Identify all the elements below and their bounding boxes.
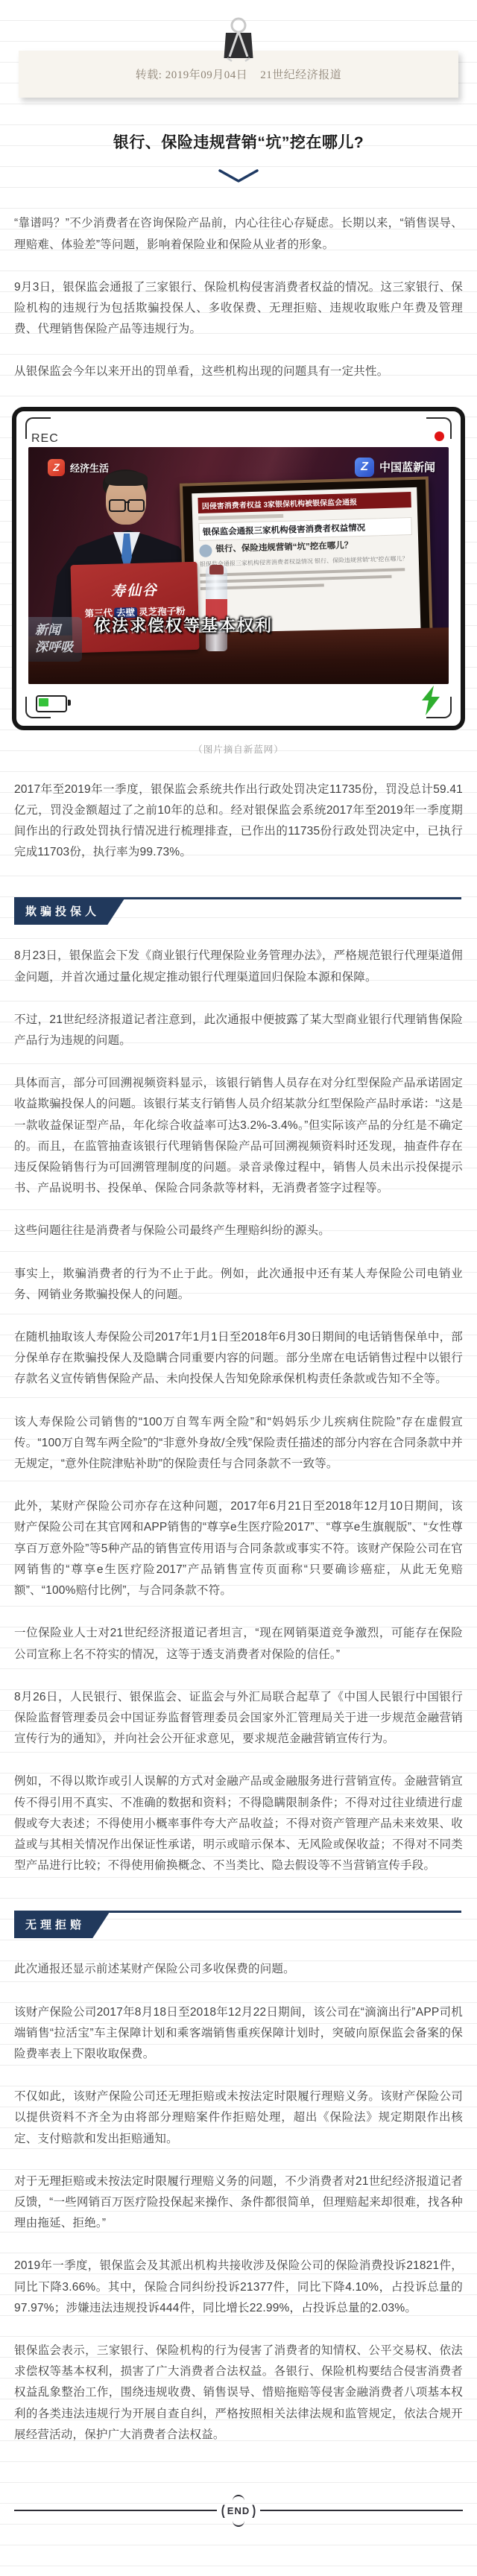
paragraph: 从银保监会今年以来开出的罚单看，这些机构出现的问题具有一定共性。 — [14, 361, 463, 382]
channel-name-right: 中国蓝新闻 — [379, 459, 435, 475]
paragraph: 8月23日，银保监会下发《商业银行代理保险业务管理办法》，严格规范银行代理渠道佣… — [14, 946, 463, 987]
paragraph: 银保监会表示，三家银行、保险机构的行为侵害了消费者的知情权、公平交易权、依法求偿… — [14, 2341, 463, 2446]
section-header: 欺骗投保人 — [14, 897, 463, 924]
binder-clip-icon — [217, 16, 260, 68]
chevron-down-icon — [218, 168, 259, 189]
paragraph: “靠谱吗？”不少消费者在咨询保险产品前，内心往往心存疑虑。长期以来，“销售误导、… — [14, 213, 463, 255]
paragraph: 事实上，欺骗消费者的行为不止于此。例如，此次通报中还有某人寿保险公司电销业务、网… — [14, 1264, 463, 1306]
end-marker: ( END ) — [14, 2495, 463, 2527]
paragraph: 一位保险业人士对21世纪经济报道记者坦言，“现在网销渠道竞争激烈，可能存在保险公… — [14, 1623, 463, 1665]
paragraph: 不仅如此，该财产保险公司还无理拒赔或未按法定时限履行理赔义务。该财产保险公司以提… — [14, 2086, 463, 2150]
header: 转载: 2019年09月04日 21世纪经济报道 — [0, 0, 477, 98]
panel-headline-main: 银行、保险违规营销“坑”挖在哪儿？ — [215, 540, 353, 555]
sponsor-brand: 寿仙谷 — [111, 578, 159, 600]
lightning-bolt-icon — [420, 686, 441, 719]
article-page: 转载: 2019年09月04日 21世纪经济报道 银行、保险违规营销“坑”挖在哪… — [0, 0, 477, 2576]
figure-caption: （图片摘自新蓝网） — [12, 742, 465, 756]
channel-logo-left: Z 经济生活 — [48, 459, 109, 476]
rec-label: REC — [31, 432, 59, 446]
paragraph: 不过，21世纪经济报道记者注意到，此次通报中便披露了某大型商业银行代理销售保险产… — [14, 1010, 463, 1051]
end-rule-left — [14, 2510, 217, 2511]
panel-headline-mid: 银保监会通报三家机构侵害消费者权益情况 — [198, 517, 412, 541]
section-badge: 无理拒赔 — [14, 1911, 110, 1938]
battery-icon — [36, 695, 67, 712]
end-rule-right — [260, 2510, 463, 2511]
water-bottle — [206, 565, 227, 651]
end-arc-icon — [233, 2495, 244, 2501]
tv-screenshot: Z 经济生活 Z 中国蓝新闻 — [28, 447, 449, 684]
channel-logo-left-icon: Z — [48, 459, 65, 476]
paragraph: 8月26日，人民银行、银保监会、证监会与外汇局联合起草了《中国人民银行中国银行保… — [14, 1687, 463, 1750]
camera-frame-bottom — [28, 684, 449, 720]
paragraph: 例如，不得以欺诈或引人误解的方式对金融产品或金融服务进行营销宣传。金融营销宣传不… — [14, 1771, 463, 1876]
panel-text-bar — [200, 575, 392, 583]
program-label: 新闻 深呼吸 — [28, 617, 82, 661]
section-header: 无理拒赔 — [14, 1911, 463, 1937]
panel-headline-top: 因侵害消费者权益 3家银保机构被银保监会通报 — [198, 492, 411, 513]
glasses-icon — [109, 499, 145, 510]
article-body: “靠谱吗？”不少消费者在咨询保险产品前，内心往往心存疑虑。长期以来，“销售误导、… — [0, 189, 477, 2576]
source-line: 转载: 2019年09月04日 21世纪经济报道 — [136, 69, 341, 81]
paragraph: 2019年一季度，银保监会及其派出机构共接收涉及保险公司的保险消费投诉21821… — [14, 2256, 463, 2319]
panel-meta-bar — [198, 513, 283, 519]
news-video-figure: REC Z 经济生活 Z 中国蓝新闻 — [12, 407, 465, 756]
paragraph: 此次通报还显示前述某财产保险公司多收保费的问题。 — [14, 1959, 463, 1980]
page-title: 银行、保险违规营销“坑”挖在哪儿? — [22, 132, 455, 154]
paragraph: 这些问题往往是消费者与保险公司最终产生理赔纠纷的源头。 — [14, 1221, 463, 1241]
paragraph: 9月3日，银保监会通报了三家银行、保险机构侵害消费者权益的情况。这三家银行、保险… — [14, 277, 463, 341]
paragraph: 2017年至2019年一季度，银保监会系统共作出行政处罚决定11735份，罚没总… — [14, 779, 463, 864]
end-arc-icon — [233, 2521, 244, 2527]
channel-logo-right: Z 中国蓝新闻 — [355, 458, 435, 477]
paragraph: 具体而言，部分可回溯视频资料显示，该银行销售人员存在对分红型保险产品承诺固定收益… — [14, 1073, 463, 1199]
section-badge: 欺骗投保人 — [14, 897, 125, 925]
channel-logo-right-icon: Z — [355, 458, 374, 477]
camera-frame-top: REC — [28, 416, 449, 447]
record-dot-icon — [435, 431, 444, 441]
avatar-icon — [199, 544, 212, 557]
channel-name-left: 经济生活 — [70, 461, 109, 475]
end-label: END — [227, 2505, 250, 2516]
paragraph: 在随机抽取该人寿保险公司2017年1月1日至2018年6月30日期间的电话销售保… — [14, 1327, 463, 1390]
tv-subtitle: 依法求偿权等基本权利 — [94, 613, 273, 636]
paragraph: 该财产保险公司2017年8月18日至2018年12月22日期间，该公司在“滴滴出… — [14, 2002, 463, 2066]
paragraph: 此外，某财产保险公司亦存在这种问题，2017年6月21日至2018年12月10日… — [14, 1496, 463, 1601]
sponsor-placard: 寿仙谷 第三代去壁灵芝孢子粉 从本源上提升免疫力 — [70, 561, 199, 652]
anchor-hair-fringe — [105, 471, 148, 486]
paragraph: 对于无理拒赔或未按法定时限履行理赔义务的问题，不少消费者对21世纪经济报道记者反… — [14, 2171, 463, 2235]
camera-frame: REC Z 经济生活 Z 中国蓝新闻 — [12, 407, 465, 730]
paragraph: 该人寿保险公司销售的“100万自驾车两全险”和“妈妈乐少儿疾病住院险”存在虚假宣… — [14, 1412, 463, 1475]
